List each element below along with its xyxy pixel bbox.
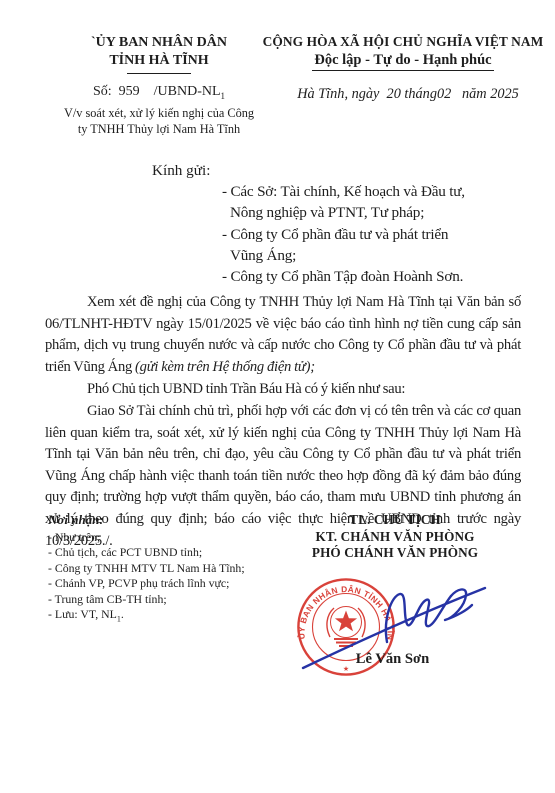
- distribution-item: - Chánh VP, PCVP phụ trách lĩnh vực;: [48, 576, 288, 591]
- recipient-line: Vũng Áng;: [222, 245, 472, 266]
- distribution-item: - Trung tâm CB-TH tỉnh;: [48, 592, 288, 607]
- national-header-block: CỘNG HÒA XÃ HỘI CHỦ NGHĨA VIỆT NAM Độc l…: [258, 34, 548, 71]
- recipient-list: - Các Sở: Tài chính, Kế hoạch và Đầu tư,…: [222, 181, 472, 287]
- distribution-list: - Như trên; - Chủ tịch, các PCT UBND tỉn…: [48, 530, 288, 627]
- document-number: Số: 959 /UBND-NL1: [28, 84, 290, 101]
- recipient-line: - Các Sở: Tài chính, Kế hoạch và Đầu tư,: [222, 181, 472, 202]
- signer-title-block: TL. CHỦ TỊCH KT. CHÁNH VĂN PHÒNG PHÓ CHÁ…: [295, 512, 495, 562]
- recipient-line: - Công ty Cổ phần Tập đoàn Hoành Sơn.: [222, 266, 472, 287]
- document-number-subscript: 1: [221, 91, 226, 101]
- subject-line2: ty TNHH Thủy lợi Nam Hà Tĩnh: [40, 122, 278, 138]
- distribution-item: - Lưu: VT, NL1.: [48, 607, 288, 627]
- body-paragraph-1: Xem xét đề nghị của Công ty TNHH Thủy lợ…: [45, 292, 521, 378]
- signer-name: Lê Văn Sơn: [300, 651, 485, 668]
- body-paragraph-1-attachment-note: (gửi kèm trên Hệ thống điện tử);: [135, 359, 315, 375]
- place-date-line: Hà Tĩnh, ngày 20 tháng02 năm 2025: [268, 86, 548, 103]
- distribution-item: - Chủ tịch, các PCT UBND tỉnh;: [48, 545, 288, 560]
- body-paragraph-2: Phó Chủ tịch UBND tỉnh Trần Báu Hà có ý …: [45, 379, 521, 401]
- recipient-line: Nông nghiệp và PTNT, Tư pháp;: [222, 202, 472, 223]
- issuer-name-line2: TỈNH HÀ TĨNH: [28, 52, 290, 70]
- salutation: Kính gửi:: [152, 162, 210, 180]
- distribution-item: - Như trên;: [48, 530, 288, 545]
- document-number-text: Số: 959 /UBND-NL: [93, 84, 221, 99]
- national-motto: Độc lập - Tự do - Hạnh phúc: [312, 51, 493, 71]
- issuer-underline: [127, 73, 191, 74]
- signer-title-line3: PHÓ CHÁNH VĂN PHÒNG: [295, 545, 495, 562]
- issuer-name-line1: `ỦY BAN NHÂN DÂN: [28, 34, 290, 52]
- issuer-block: `ỦY BAN NHÂN DÂN TỈNH HÀ TĨNH: [28, 34, 290, 74]
- national-title: CỘNG HÒA XÃ HỘI CHỦ NGHĨA VIỆT NAM: [258, 34, 548, 50]
- distribution-item: - Công ty TNHH MTV TL Nam Hà Tĩnh;: [48, 561, 288, 576]
- distribution-label: Nơi nhận:: [48, 512, 104, 528]
- distribution-item-text: - Lưu: VT, NL: [48, 607, 117, 621]
- official-letter-page: `ỦY BAN NHÂN DÂN TỈNH HÀ TĨNH Số: 959 /U…: [0, 0, 555, 793]
- document-subject: V/v soát xét, xử lý kiến nghị của Công t…: [40, 106, 278, 137]
- subject-line1: V/v soát xét, xử lý kiến nghị của Công: [40, 106, 278, 122]
- recipient-line: - Công ty Cổ phần đầu tư và phát triển: [222, 224, 472, 245]
- signer-title-line2: KT. CHÁNH VĂN PHÒNG: [295, 529, 495, 546]
- distribution-item-period: .: [121, 607, 124, 621]
- signer-title-line1: TL. CHỦ TỊCH: [295, 512, 495, 529]
